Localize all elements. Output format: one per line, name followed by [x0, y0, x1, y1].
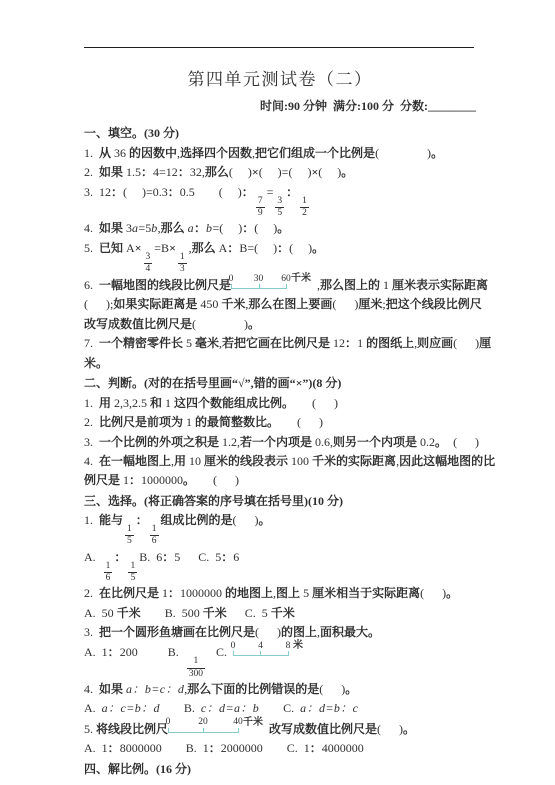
italic-variable: a：c=b：d [102, 701, 160, 715]
text-segment: 4. 如果 [84, 682, 126, 696]
text-segment: A. [84, 550, 102, 564]
latin-run: , [219, 336, 222, 350]
text-line: 例尺是 1：1000000。 ( ) [84, 471, 476, 490]
latin-run: A [123, 241, 135, 255]
latin-run: C. [259, 701, 300, 715]
latin-run: 5. [84, 722, 96, 736]
text-segment: ： [114, 550, 126, 564]
text-segment: ： [136, 513, 148, 527]
text-line: 3. 一个比例的外项之积是 1.2,若一个内项是 0.6,则另一个内项是 0.2… [84, 433, 476, 452]
latin-run: 1 [162, 396, 174, 410]
text-line: A. a：c=b：d B. c：d=a：b C. a：d=b：c [84, 699, 476, 718]
latin-run: 2,3,2.5 [111, 396, 150, 410]
latin-run: 4. [84, 221, 99, 235]
text-line: 2. 如果 1.5：4=12：32,那么( )×( )=( )×( )。 [84, 163, 476, 182]
scale-bar-label: 0 [229, 275, 234, 285]
latin-run: , [396, 454, 399, 468]
text-line: 4. 如果 a：b=c：d,那么下面的比例错误的是( )。 [84, 680, 476, 699]
page-title: 第四单元测试卷（二） [84, 65, 476, 90]
latin-run: ( ) [195, 473, 239, 487]
text-segment: 改写成数值比例尺是( )。 [84, 317, 260, 331]
latin-run: 3. [84, 435, 99, 449]
latin-run: , [273, 586, 276, 600]
italic-variable: a：d=b：c [300, 701, 358, 715]
fraction-denominator: 300 [187, 668, 205, 680]
scale-bar-label: 30 [254, 275, 264, 285]
text-line: 1. 能与15：16组成比例的是( )。 [84, 511, 476, 547]
latin-run: ( ) [319, 682, 345, 696]
text-line: 4. 在一幅地图上,用 10 厘米的线段表示 100 千米的实际距离,因此这幅地… [84, 452, 476, 471]
fraction: 16 [104, 561, 113, 584]
text-segment: 6. 一幅地图的线段比例尺是 [84, 278, 231, 292]
latin-run: 2. [84, 415, 99, 429]
text-segment: ,那么 [158, 221, 188, 235]
latin-run: 3 [123, 221, 132, 235]
latin-run: 100 [288, 454, 312, 468]
scale-bar: 02040千米 [168, 719, 269, 736]
text-segment: 1. 能与 [84, 513, 123, 527]
latin-run: 5 C. 5 [174, 550, 221, 564]
scale-bar-tick [168, 728, 169, 733]
latin-run: 2000000 C. 1 [221, 741, 310, 755]
text-segment: A. 1：200 B. [84, 645, 185, 659]
scale-bar-tick [233, 651, 234, 656]
latin-run: A. [84, 550, 102, 564]
scale-bar: 03060千米 [231, 275, 317, 292]
latin-run: ( ) [447, 435, 479, 449]
text-segment: 4. 在一幅地图上,用 10 厘米的线段表示 100 千米的实际距离,因此这幅地… [84, 454, 495, 468]
latin-run: A. 1 [84, 645, 108, 659]
latin-run: , [414, 336, 417, 350]
italic-variable: a：b=c：d [126, 682, 184, 696]
text-line: 7. 一个精密零件长 5 毫米,若把它画在比例尺是 12：1 的图纸上,则应画(… [84, 334, 476, 353]
text-line: 5. 已知 A×34=B×13,那么 A：B=( )：( )。 [84, 239, 476, 275]
latin-run: B=( ) [239, 241, 277, 255]
fraction: 1300 [187, 656, 205, 679]
scale-bar-tick [260, 651, 261, 656]
latin-run: 1 [380, 278, 392, 292]
scale-bar-tick [231, 284, 232, 289]
scale-bar-label: 0 [166, 718, 171, 728]
fraction-denominator: 6 [104, 572, 113, 584]
text-segment: 3. 12：( )=0.3：0.5 ( )： [84, 185, 254, 199]
latin-run: 7. [84, 336, 99, 350]
latin-run: ( ) [233, 513, 259, 527]
latin-run: = [267, 185, 274, 199]
text-segment: 2. 比例尺是前项为 1 的最简整数比。 ( ) [84, 415, 323, 429]
scale-bar-label: 4 [258, 642, 263, 652]
fraction: 16 [150, 524, 159, 547]
text-segment: 2. 如果 1.5：4=12：32,那么( )×( )=( )×( )。 [84, 165, 353, 179]
fraction-denominator: 5 [125, 535, 134, 547]
latin-run: , [158, 221, 161, 235]
text-segment: 7. 一个精密零件长 5 毫米,若把它画在比例尺是 12：1 的图纸上,则应画(… [84, 336, 491, 350]
fraction: 79 [256, 196, 265, 219]
text-segment: 1. 用 2,3,2.5 和 1 这四个数能组成比例。 ( ) [84, 396, 338, 410]
text-segment: B. 6：5 C. 5：6 [139, 550, 239, 564]
latin-run: 0.6, [312, 435, 333, 449]
fraction: 34 [144, 252, 153, 275]
section: 一、填空。(30 分)1. 从 36 的因数中,选择四个因数,把它们组成一个比例… [84, 124, 476, 373]
latin-run: ( ); [84, 297, 113, 311]
top-rule [84, 47, 474, 48]
section: 二、判断。(对的在括号里画“√”,错的画“×”)(8 分)1. 用 2,3,2.… [84, 374, 476, 491]
latin-run: 1000000 [180, 586, 225, 600]
exam-meta: 时间:90 分钟 满分:100 分 分数:________ [84, 97, 476, 116]
fraction-numerator: 1 [178, 252, 187, 263]
text-line: 1. 从 36 的因数中,选择四个因数,把它们组成一个比例是( )。 [84, 144, 476, 163]
fraction: 13 [178, 252, 187, 275]
section-heading: 二、判断。(对的在括号里画“√”,错的画“×”)(8 分) [84, 374, 476, 393]
text-line: 改写成数值比例尺是( )。 [84, 315, 476, 334]
latin-run: ( ) [375, 146, 431, 160]
latin-run: , [184, 682, 187, 696]
text-line: 2. 比例尺是前项为 1 的最简整数比。 ( ) [84, 413, 476, 432]
scale-bar-tick [259, 284, 260, 289]
scale-bar: 048米 [233, 642, 308, 659]
latin-run: ( ) [318, 165, 341, 179]
text-line: 1. 用 2,3,2.5 和 1 这四个数能组成比例。 ( ) [84, 394, 476, 413]
text-line: A. 1：200 B. 1300 C. 048米 [84, 642, 476, 679]
text-segment: ( );如果实际距离是 450 千米,那么在图上要画( )厘米;把这个线段比例尺 [84, 297, 482, 311]
latin-run: =5 [138, 221, 151, 235]
latin-run: 0.2 [417, 435, 435, 449]
text-segment: B. [160, 701, 201, 715]
latin-run: 1.2, [219, 435, 240, 449]
document-body: 一、填空。(30 分)1. 从 36 的因数中,选择四个因数,把它们组成一个比例… [84, 124, 476, 779]
latin-run: , [189, 241, 192, 255]
text-line: ( );如果实际距离是 450 千米,那么在图上要画( )厘米;把这个线段比例尺 [84, 295, 476, 314]
scale-bar-unit: 米 [293, 641, 303, 651]
latin-run: ( ) [279, 415, 323, 429]
latin-run: , [177, 146, 180, 160]
latin-run: ( ) [254, 221, 277, 235]
scale-bar-label: 40 [233, 718, 243, 728]
latin-run: ( ) [420, 586, 446, 600]
fraction-denominator: 2 [300, 207, 309, 219]
fraction-numerator: 7 [256, 196, 265, 207]
latin-run: 12 [330, 336, 345, 350]
text-segment: = [267, 185, 274, 199]
latin-run: ( )=( ) [259, 165, 312, 179]
text-segment: =5 [138, 221, 151, 235]
latin-run: =( ) [212, 221, 242, 235]
scale-bar-label: 60 [281, 275, 291, 285]
text-line: 5. 将线段比例尺02040千米改写成数值比例尺是( )。 [84, 719, 476, 739]
text-segment: C. [207, 645, 233, 659]
text-segment: ,那么下面的比例错误的是( )。 [184, 682, 357, 696]
fraction-numerator: 1 [104, 561, 113, 572]
latin-run: 1 [183, 415, 195, 429]
fraction-numerator: 1 [300, 196, 309, 207]
fraction-denominator: 9 [256, 207, 265, 219]
text-segment: =( )：( )。 [212, 221, 289, 235]
scale-bar-unit: 千米 [243, 718, 263, 728]
text-segment: 5. 已知 A× [84, 241, 142, 255]
text-line: 4. 如果 3a=5b,那么 a：b=( )：( )。 [84, 219, 476, 238]
latin-run: 6. [84, 278, 99, 292]
latin-run: 5 [183, 336, 195, 350]
fraction-numerator: 1 [128, 561, 137, 572]
text-line: 3. 12：( )=0.3：0.5 ( )：79=35：12 [84, 183, 476, 219]
page-content: 第四单元测试卷（二） 时间:90 分钟 满分:100 分 分数:________… [84, 63, 476, 779]
text-segment: A. 50 千米 B. 500 千米 C. 5 千米 [84, 606, 295, 620]
section-heading: 四、解比例。(16 分) [84, 760, 476, 779]
latin-run: ( ) [453, 336, 479, 350]
latin-run: B. [160, 701, 201, 715]
fraction-numerator: 1 [125, 524, 134, 535]
fraction-denominator: 5 [275, 207, 284, 219]
latin-run: , [317, 278, 320, 292]
latin-run: B. 6 [139, 550, 162, 564]
latin-run: ( ) [289, 241, 312, 255]
text-line: A. 16：15B. 6：5 C. 5：6 [84, 548, 476, 584]
text-line: 2. 在比例尺是 1：1000000 的地图上,图上 5 厘米相当于实际距离( … [84, 584, 476, 603]
text-segment: A. [84, 701, 102, 715]
latin-run: 4. [84, 454, 99, 468]
latin-run: A. 1 [84, 741, 108, 755]
latin-run: 3. 12 [84, 185, 111, 199]
fraction-denominator: 5 [128, 572, 137, 584]
latin-run: ( ) [192, 317, 248, 331]
latin-run: 32, [190, 165, 205, 179]
latin-run: , [252, 146, 255, 160]
latin-run: C. 5 [227, 606, 271, 620]
text-segment: 组成比例的是( )。 [161, 513, 271, 527]
fraction: 15 [125, 524, 134, 547]
scale-bar-tick [203, 728, 204, 733]
text-line: 米。 [84, 354, 476, 373]
latin-run: 4=12 [153, 165, 178, 179]
latin-run: ( ) [377, 722, 403, 736]
latin-run: A. [84, 701, 102, 715]
latin-run: 1 [120, 473, 129, 487]
latin-run: 1 [357, 336, 366, 350]
latin-run: 6 [233, 550, 239, 564]
italic-variable: c：d=a：b [201, 701, 259, 715]
fraction: 35 [275, 196, 284, 219]
fraction-denominator: 3 [178, 263, 187, 275]
fraction-numerator: 1 [150, 524, 159, 535]
text-line: A. 1：8000000 B. 1：2000000 C. 1：4000000 [84, 739, 476, 758]
text-segment: ： [286, 185, 298, 199]
scale-bar-label: 8 [286, 642, 291, 652]
latin-run: 2. [84, 165, 99, 179]
text-segment: 2. 在比例尺是 1：1000000 的地图上,图上 5 厘米相当于实际距离( … [84, 586, 458, 600]
latin-run: , [317, 625, 320, 639]
section-heading: 三、选择。(将正确答案的序号填在括号里)(10 分) [84, 492, 476, 511]
text-segment: 3. 把一个圆形鱼塘画在比例尺是( )的图上,面积最大。 [84, 625, 380, 639]
text-segment: 例尺是 1：1000000。 ( ) [84, 473, 239, 487]
text-line: A. 50 千米 B. 500 千米 C. 5 千米 [84, 604, 476, 623]
text-segment: 1. 从 36 的因数中,选择四个因数,把它们组成一个比例是( )。 [84, 146, 443, 160]
latin-run: 1.5 [123, 165, 141, 179]
latin-run: 4. [84, 682, 99, 696]
text-segment: ： [194, 221, 206, 235]
text-segment: 米。 [84, 356, 108, 370]
latin-run: 4000000 [322, 741, 364, 755]
latin-run: ( ) [229, 165, 252, 179]
latin-run: 5 [300, 586, 312, 600]
text-segment: C. [259, 701, 300, 715]
scale-bar-tick [288, 651, 289, 656]
scale-bar-tick [286, 284, 287, 289]
latin-run: 450 [197, 297, 221, 311]
latin-run: 1. [84, 513, 99, 527]
scale-bar-unit: 千米 [291, 274, 311, 284]
latin-run: , [245, 297, 248, 311]
latin-run: ( ) [255, 625, 281, 639]
latin-run: 5. [84, 241, 99, 255]
latin-run: ( )=0.3 [123, 185, 168, 199]
section-heading: 一、填空。(30 分) [84, 124, 476, 143]
latin-run: 1. [84, 396, 99, 410]
fraction-denominator: 4 [144, 263, 153, 275]
scale-bar-tick [238, 728, 239, 733]
fraction: 12 [300, 196, 309, 219]
fraction: 15 [128, 561, 137, 584]
text-segment: 改写成数值比例尺是( )。 [269, 722, 415, 736]
latin-run: 2. [84, 586, 99, 600]
latin-run: ( ) [294, 396, 338, 410]
latin-run: 1000000 [141, 473, 183, 487]
latin-run: ; [382, 297, 385, 311]
text-segment: 3. 一个比例的外项之积是 1.2,若一个内项是 0.6,则另一个内项是 0.2… [84, 435, 479, 449]
scale-bar-label: 0 [231, 642, 236, 652]
fraction-numerator: 3 [275, 196, 284, 207]
scale-bar-label: 20 [198, 718, 208, 728]
latin-run: A [216, 241, 228, 255]
text-line: 6. 一幅地图的线段比例尺是03060千米,那么图上的 1 厘米表示实际距离 [84, 275, 476, 295]
text-line: 3. 把一个圆形鱼塘画在比例尺是( )的图上,面积最大。 [84, 623, 476, 642]
latin-run: 8000000 B. 1 [120, 741, 209, 755]
latin-run: 200 B. [120, 645, 185, 659]
fraction-numerator: 1 [191, 656, 200, 667]
latin-run: B. 500 [141, 606, 203, 620]
latin-run: A. 50 [84, 606, 117, 620]
latin-run: 3. [84, 625, 99, 639]
section: 三、选择。(将正确答案的序号填在括号里)(10 分)1. 能与15：16组成比例… [84, 492, 476, 759]
fraction-denominator: 6 [150, 535, 159, 547]
text-segment: 4. 如果 3 [84, 221, 132, 235]
latin-run: 0.5 ( ) [180, 185, 242, 199]
latin-run: =B [154, 241, 169, 255]
text-segment: ,那么 A：B=( )：( )。 [189, 241, 325, 255]
latin-run: 36 [111, 146, 129, 160]
section: 四、解比例。(16 分) [84, 760, 476, 779]
latin-run: ( ) [332, 297, 358, 311]
text-segment: =B× [154, 241, 176, 255]
latin-run: 1. [84, 146, 99, 160]
latin-run: 1 [159, 586, 168, 600]
latin-run: 10 [186, 454, 204, 468]
latin-run: C. [207, 645, 233, 659]
fraction-numerator: 3 [144, 252, 153, 263]
text-segment: 5. 将线段比例尺 [84, 722, 168, 736]
text-segment: ,那么图上的 1 厘米表示实际距离 [317, 278, 488, 292]
latin-run: , [171, 454, 174, 468]
text-segment: A. 1：8000000 B. 1：2000000 C. 1：4000000 [84, 741, 364, 755]
test-paper-page: 第四单元测试卷（二） 时间:90 分钟 满分:100 分 分数:________… [0, 0, 555, 785]
